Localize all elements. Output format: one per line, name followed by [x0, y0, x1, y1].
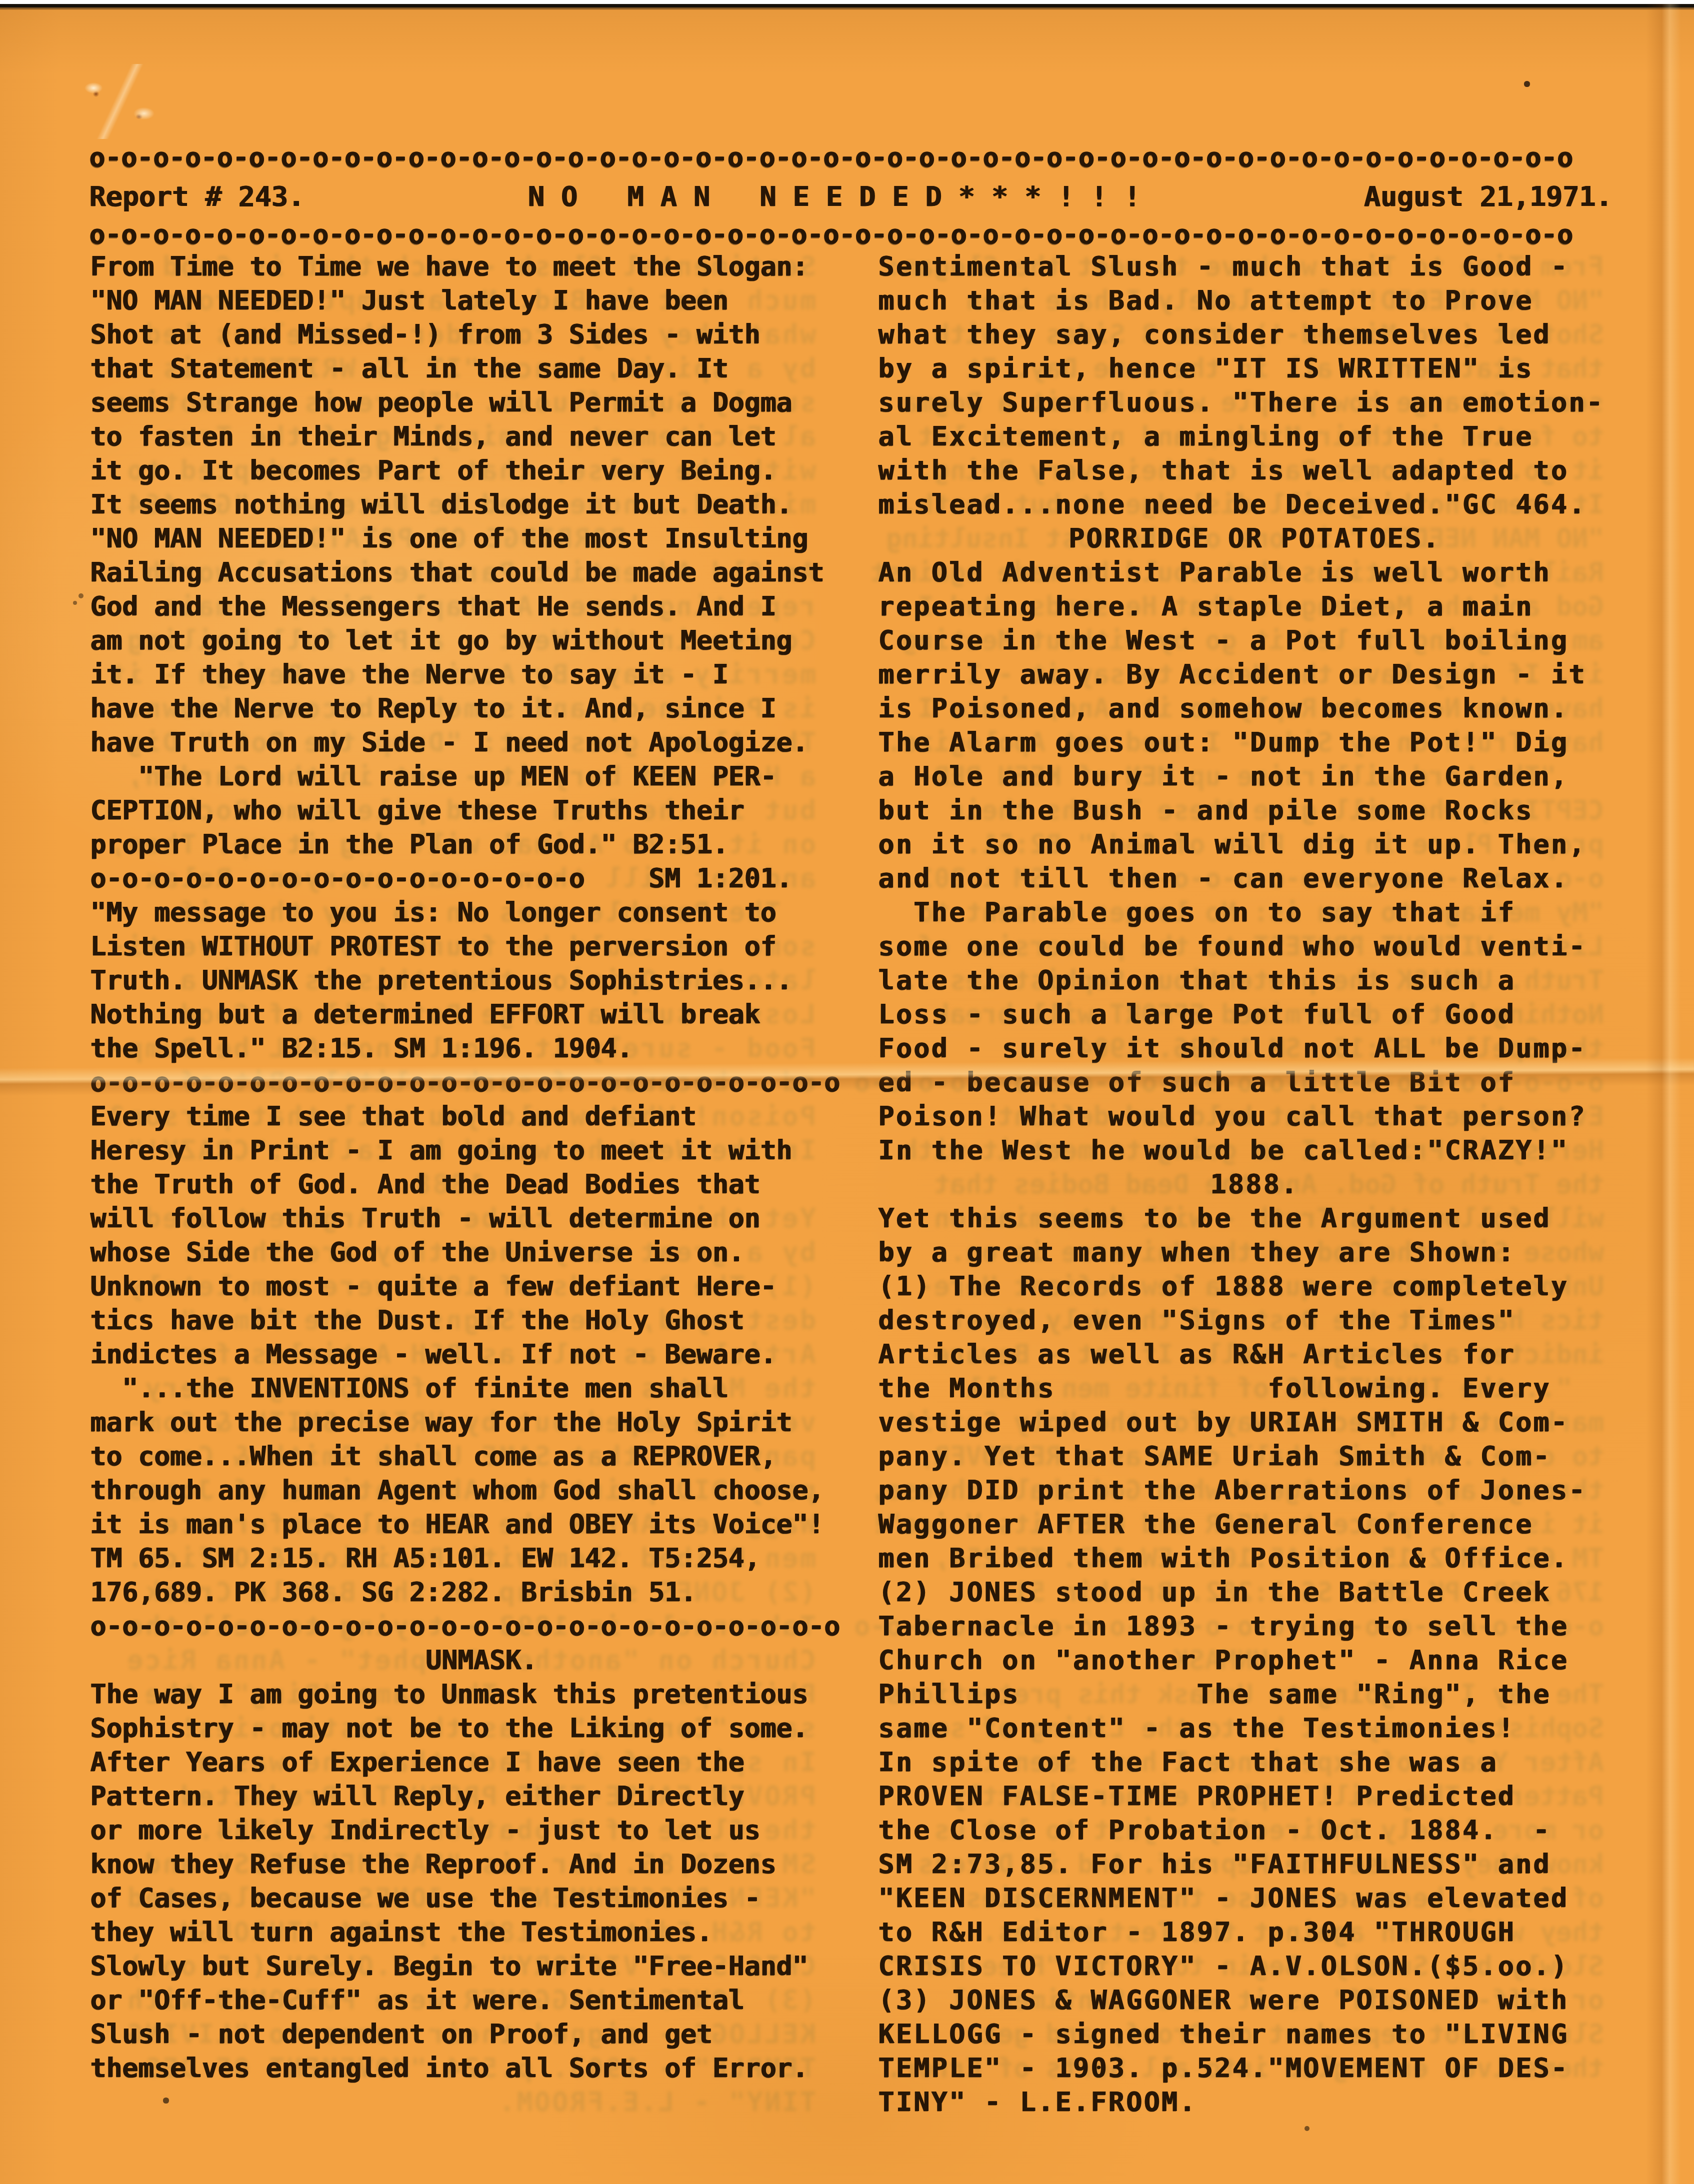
text-line: "The Lord will raise up MEN of KEEN PER-	[90, 760, 872, 794]
text-line: o-o-o-o-o-o-o-o-o-o-o-o-o-o-o-o-o-o-o-o-…	[90, 1066, 872, 1100]
text-line: it. If they have the Nerve to say it - I	[90, 658, 872, 692]
text-line: Poison! What would you call that person?	[878, 1100, 1630, 1134]
document-page: From Time to Time we have to meet the Sl…	[0, 4, 1694, 2184]
ink-specks	[0, 4, 2, 6]
text-line: An Old Adventist Parable is well worth	[878, 556, 1630, 590]
text-line: "KEEN DISCERNMENT" - JONES was elevated	[878, 1882, 1630, 1916]
text-line: Loss - such a large Pot full of Good	[878, 998, 1630, 1032]
text-line: have Truth on my Side - I need not Apolo…	[90, 726, 872, 760]
text-line: (3) JONES & WAGGONER were POISONED with	[878, 1984, 1630, 2018]
text-line: CEPTION, who will give these Truths thei…	[90, 794, 872, 828]
text-line: TM 65. SM 2:15. RH A5:101. EW 142. T5:25…	[90, 1542, 872, 1576]
text-line: some one could be found who would venti-	[878, 930, 1630, 964]
text-line: Food - surely it should not ALL be Dump-	[878, 1032, 1630, 1066]
staple-mark	[60, 64, 180, 139]
text-line: much that is Bad. No attempt to Prove	[878, 284, 1630, 318]
text-line: will follow this Truth - will determine …	[90, 1202, 872, 1236]
text-line: with the False, that is well adapted to	[878, 454, 1630, 488]
text-line: and not till then - can everyone Relax.	[878, 862, 1630, 896]
text-line: TINY" - L.E.FROOM.	[878, 2086, 1630, 2120]
text-line: Sentimental Slush - much that is Good -	[878, 250, 1630, 284]
text-line: to come...When it shall come as a REPROV…	[90, 1440, 872, 1474]
issue-date: August 21,1971.	[1363, 178, 1612, 215]
text-line: repeating here. A staple Diet, a main	[878, 590, 1630, 624]
text-line: TINY" - L.E.FROOM.	[63, 2086, 816, 2120]
text-line: surely Superfluous. "There is an emotion…	[878, 386, 1630, 420]
text-line: Course in the West - a Pot full boiling	[878, 624, 1630, 658]
text-line: the Close of Probation - Oct. 1884. -	[878, 1814, 1630, 1848]
text-line: SM 2:73,85. For his "FAITHFULNESS" and	[878, 1848, 1630, 1882]
text-line: destroyed, even "Signs of the Times"	[878, 1304, 1630, 1338]
text-line: mark out the precise way for the Holy Sp…	[90, 1406, 872, 1440]
text-line: whose Side the God of the Universe is on…	[90, 1236, 872, 1270]
text-line: they will turn against the Testimonies.	[90, 1916, 872, 1950]
text-line: merrily away. By Accident or Design - it	[878, 658, 1630, 692]
masthead: o-o-o-o-o-o-o-o-o-o-o-o-o-o-o-o-o-o-o-o-…	[89, 138, 1612, 255]
text-line: to R&H Editor - 1897. p.304 "THROUGH	[878, 1916, 1630, 1950]
text-line: "NO MAN NEEDED!" is one of the most Insu…	[90, 522, 872, 556]
text-line: of Cases, because we use the Testimonies…	[90, 1882, 872, 1916]
text-line: that Statement - all in the same Day. It	[90, 352, 872, 386]
text-line: In spite of the Fact that she was a	[878, 1746, 1630, 1780]
text-line: Sophistry - may not be to the Liking of …	[90, 1712, 872, 1746]
text-line: am not going to let it go by without Mee…	[90, 624, 872, 658]
text-line: on it so no Animal will dig it up. Then,	[878, 828, 1630, 862]
text-line: seems Strange how people will Permit a D…	[90, 386, 872, 420]
text-line: pany. Yet that SAME Uriah Smith & Com-	[878, 1440, 1630, 1474]
text-line: "...the INVENTIONS of finite men shall	[90, 1372, 872, 1406]
text-line: CRISIS TO VICTORY" - A.V.OLSON.($5.oo.)	[878, 1950, 1630, 1984]
text-line: Every time I see that bold and defiant	[90, 1100, 872, 1134]
text-line: but in the Bush - and pile some Rocks	[878, 794, 1630, 828]
text-line: Shot at (and Missed-!) from 3 Sides - wi…	[90, 318, 872, 352]
text-line: o-o-o-o-o-o-o-o-o-o-o-o-o-o-o-o-o-o-o-o-…	[90, 1610, 872, 1644]
text-line: through any human Agent whom God shall c…	[90, 1474, 872, 1508]
text-line: to fasten in their Minds, and never can …	[90, 420, 872, 454]
text-line: After Years of Experience I have seen th…	[90, 1746, 872, 1780]
text-line: UNMASK.	[90, 1644, 872, 1678]
text-line: o-o-o-o-o-o-o-o-o-o-o-o-o-o-o-o SM 1:201…	[90, 862, 872, 896]
text-line: Slush - not dependent on Proof, and get	[90, 2018, 872, 2052]
text-line: KELLOGG - signed their names to "LIVING	[878, 2018, 1630, 2052]
text-line: the Spell." B2:15. SM 1:196. 1904.	[90, 1032, 872, 1066]
text-line: Church on "another Prophet" - Anna Rice	[878, 1644, 1630, 1678]
text-line: God and the Messengers that He sends. An…	[90, 590, 872, 624]
text-line: men Bribed them with Position & Office.	[878, 1542, 1630, 1576]
text-line: Nothing but a determined EFFORT will bre…	[90, 998, 872, 1032]
text-line: the Truth of God. And the Dead Bodies th…	[90, 1168, 872, 1202]
paper-fold-right	[1646, 4, 1681, 2184]
text-line: know they Refuse the Reproof. And in Doz…	[90, 1848, 872, 1882]
text-line: pany DID print the Aberrations of Jones-	[878, 1474, 1630, 1508]
text-line: "NO MAN NEEDED!" Just lately I have been	[90, 284, 872, 318]
text-line: Heresy in Print - I am going to meet it …	[90, 1134, 872, 1168]
text-line: themselves entangled into all Sorts of E…	[90, 2052, 872, 2086]
text-line: Yet this seems to be the Argument used	[878, 1202, 1630, 1236]
text-line: it go. It becomes Part of their very Bei…	[90, 454, 872, 488]
text-line: a Hole and bury it - not in the Garden,	[878, 760, 1630, 794]
text-line: ed - because of such a little Bit of	[878, 1066, 1630, 1100]
text-line: Tabernacle in 1893 - trying to sell the	[878, 1610, 1630, 1644]
text-line: The Alarm goes out: "Dump the Pot!" Dig	[878, 726, 1630, 760]
left-column: From Time to Time we have to meet the Sl…	[90, 250, 872, 2086]
text-line: (1) The Records of 1888 were completely	[878, 1270, 1630, 1304]
text-line: mislead...none need be Deceived."GC 464.	[878, 488, 1630, 522]
text-line: Articles as well as R&H Articles for	[878, 1338, 1630, 1372]
divider-chain-top: o-o-o-o-o-o-o-o-o-o-o-o-o-o-o-o-o-o-o-o-…	[89, 138, 1612, 178]
text-line: Railing Accusations that could be made a…	[90, 556, 872, 590]
text-line: Unknown to most - quite a few defiant He…	[90, 1270, 872, 1304]
text-line: same "Content" - as the Testimonies!	[878, 1712, 1630, 1746]
text-line: late the Opinion that this is such a	[878, 964, 1630, 998]
text-line: Slowly but Surely. Begin to write "Free-…	[90, 1950, 872, 1984]
text-line: The way I am going to Unmask this preten…	[90, 1678, 872, 1712]
text-line: the Months following. Every	[878, 1372, 1630, 1406]
text-line: or "Off-the-Cuff" as it were. Sentimenta…	[90, 1984, 872, 2018]
text-line: (2) JONES stood up in the Battle Creek	[878, 1576, 1630, 1610]
text-line: 1888.	[878, 1168, 1630, 1202]
text-line: It seems nothing will dislodge it but De…	[90, 488, 872, 522]
divider-chain-bottom: o-o-o-o-o-o-o-o-o-o-o-o-o-o-o-o-o-o-o-o-…	[89, 215, 1612, 255]
text-line: proper Place in the Plan of God." B2:51.	[90, 828, 872, 862]
text-line: Pattern. They will Reply, either Directl…	[90, 1780, 872, 1814]
text-line: TEMPLE" - 1903. p.524."MOVEMENT OF DES-	[878, 2052, 1630, 2086]
page-title: N O M A N N E E D E D * * * ! ! !	[527, 178, 1140, 215]
masthead-title-row: Report # 243. N O M A N N E E D E D * * …	[89, 178, 1612, 215]
text-line: Truth. UNMASK the pretentious Sophistrie…	[90, 964, 872, 998]
text-line: by a great many when they are Shown:	[878, 1236, 1630, 1270]
right-column: Sentimental Slush - much that is Good -m…	[878, 250, 1630, 2120]
text-line: In the West he would be called:"CRAZY!"	[878, 1134, 1630, 1168]
text-line: Phillips The same "Ring", the	[878, 1678, 1630, 1712]
text-line: 176,689. PK 368. SG 2:282. Brisbin 51.	[90, 1576, 872, 1610]
text-line: PORRIDGE OR POTATOES.	[878, 522, 1630, 556]
text-line: it is man's place to HEAR and OBEY its V…	[90, 1508, 872, 1542]
text-line: From Time to Time we have to meet the Sl…	[90, 250, 872, 284]
text-line: Waggoner AFTER the General Conference	[878, 1508, 1630, 1542]
text-line: Listen WITHOUT PROTEST to the perversion…	[90, 930, 872, 964]
text-line: vestige wiped out by URIAH SMITH & Com-	[878, 1406, 1630, 1440]
text-line: is Poisoned, and somehow becomes known.	[878, 692, 1630, 726]
text-line: or more likely Indirectly - just to let …	[90, 1814, 872, 1848]
text-line: tics have bit the Dust. If the Holy Ghos…	[90, 1304, 872, 1338]
text-line: by a spirit, hence "IT IS WRITTEN" is	[878, 352, 1630, 386]
text-line: "My message to you is: No longer consent…	[90, 896, 872, 930]
report-number: Report # 243.	[89, 178, 304, 215]
text-line: indictes a Message - well. If not - Bewa…	[90, 1338, 872, 1372]
text-line: what they say, consider themselves led	[878, 318, 1630, 352]
text-line: PROVEN FALSE-TIME PROPHET! Predicted	[878, 1780, 1630, 1814]
text-line: The Parable goes on to say that if	[878, 896, 1630, 930]
text-line: al Excitement, a mingling of the True	[878, 420, 1630, 454]
text-line: have the Nerve to Reply to it. And, sinc…	[90, 692, 872, 726]
